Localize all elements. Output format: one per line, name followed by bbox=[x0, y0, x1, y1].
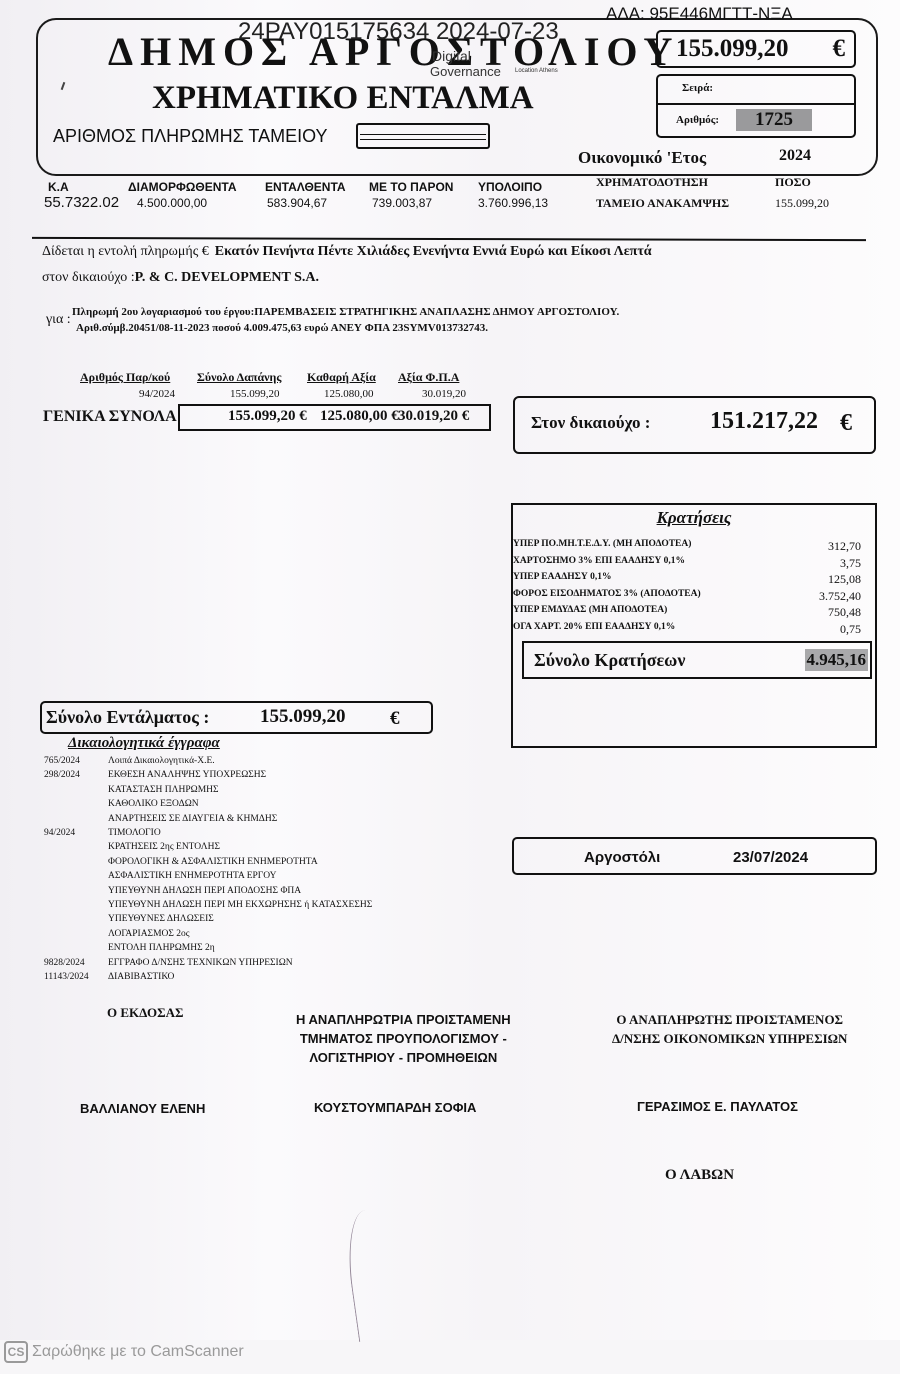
digital-signature-stamp-org: Governance bbox=[430, 64, 501, 79]
amount-in-words: Εκατόν Πενήντα Πέντε Χιλιάδες Ενενήντα Ε… bbox=[215, 244, 652, 259]
treasury-payment-no-field bbox=[356, 123, 490, 149]
budget-value-ordered: 583.904,67 bbox=[267, 196, 327, 210]
warrant-total-box: Σύνολο Εντάλματος : 155.099,20 € bbox=[40, 701, 433, 734]
supporting-docs-title: Δικαιολογητικά έγγραφα bbox=[68, 735, 220, 752]
warrant-total-label: Σύνολο Εντάλματος : bbox=[46, 707, 209, 728]
receiver-label: Ο ΛΑΒΩΝ bbox=[665, 1167, 734, 1184]
budget-value-ka: 55.7322.02 bbox=[44, 194, 119, 211]
grand-total-net: 125.080,00 € bbox=[320, 408, 399, 425]
invoice-row-vat: 30.019,20 bbox=[422, 388, 466, 400]
payment-order-line: Δίδεται η εντολή πληρωμής €Εκατόν Πενήντ… bbox=[42, 244, 652, 260]
grand-total-vat: 30.019,20 € bbox=[398, 408, 469, 425]
digital-signature-stamp-location: Location Athens bbox=[515, 68, 558, 74]
budget-value-current: 739.003,87 bbox=[372, 196, 432, 210]
invoice-header-number: Αριθμός Παρ/κού bbox=[80, 370, 170, 385]
grand-total-amount: 155.099,20 € bbox=[228, 408, 307, 425]
deductions-box: Κρατήσεις ΥΠΕΡ ΠΟ.ΜΗ.Τ.Ε.Δ.Υ. (ΜΗ ΑΠΟΔΟΤ… bbox=[511, 503, 877, 748]
document-title: ΧΡΗΜΑΤΙΚΟ ΕΝΤΑΛΜΑ bbox=[152, 80, 534, 117]
deduction-row: ΥΠΕΡ ΕΜΔΥΔΑΣ (ΜΗ ΑΠΟΔΟΤΕΑ)750,48 bbox=[513, 605, 875, 622]
place: Αργοστόλι bbox=[584, 849, 660, 866]
pen-stroke bbox=[341, 1208, 399, 1342]
ada-code: ΑΔΑ: 95Ε446ΜΓΤΤ-ΝΞΑ bbox=[606, 4, 793, 24]
deductions-total-box: Σύνολο Κρατήσεων 4.945,16 bbox=[522, 641, 872, 679]
euro-icon: € bbox=[833, 35, 846, 63]
deduction-row: ΧΑΡΤΟΣΗΜΟ 3% ΕΠΙ ΕΑΑΔΗΣΥ 0,1%3,75 bbox=[513, 556, 875, 573]
grand-totals-box: 155.099,20 € 125.080,00 € 30.019,20 € bbox=[178, 404, 491, 431]
budget-header-amount: ΠΟΣΟ bbox=[775, 175, 811, 190]
protocol-stamp: 24PAY015175634 2024-07-23 bbox=[238, 18, 559, 46]
place-date-box: Αργοστόλι 23/07/2024 bbox=[512, 837, 877, 875]
euro-icon: € bbox=[840, 410, 852, 437]
header-amount-box: 155.099,20 € bbox=[656, 30, 856, 68]
payment-warrant-document: ΑΔΑ: 95Ε446ΜΓΤΤ-ΝΞΑ ΔΗΜΟΣ ΑΡΓΟΣΤΟΛΙΟΥ 24… bbox=[0, 0, 900, 1340]
deductions-total-label: Σύνολο Κρατήσεων bbox=[534, 650, 685, 671]
deduction-row: ΥΠΕΡ ΕΑΑΔΗΣΥ 0,1%125,08 bbox=[513, 572, 875, 589]
deduction-row: ΥΠΕΡ ΠΟ.ΜΗ.Τ.Ε.Δ.Υ. (ΜΗ ΑΠΟΔΟΤΕΑ)312,70 bbox=[513, 539, 875, 556]
digital-signature-stamp: Digital bbox=[432, 48, 471, 64]
budget-header-formed: ΔΙΑΜΟΡΦΩΘΕΝΤΑ bbox=[128, 180, 237, 194]
budget-value-formed: 4.500.000,00 bbox=[137, 196, 207, 210]
invoice-header-net: Καθαρή Αξία bbox=[307, 370, 376, 385]
deductions-total-value: 4.945,16 bbox=[805, 649, 869, 671]
fiscal-year-label: Οικονομικό 'Ετος bbox=[578, 148, 706, 168]
section-divider bbox=[32, 237, 866, 241]
budget-header-balance: ΥΠΟΛΟΙΠΟ bbox=[478, 180, 542, 194]
header-amount: 155.099,20 bbox=[676, 35, 789, 63]
deduction-row: ΟΓΑ ΧΑΡΤ. 20% ΕΠΙ ΕΑΑΔΗΣΥ 0,1%0,75 bbox=[513, 622, 875, 639]
budget-header-current: ΜΕ ΤΟ ΠΑΡΟΝ bbox=[369, 180, 453, 194]
invoice-header-total: Σύνολο Δαπάνης bbox=[197, 370, 281, 385]
number-label: Αριθμός: bbox=[676, 114, 719, 126]
payee-amount-label: Στον δικαιούχο : bbox=[531, 413, 650, 433]
camscanner-text: Σαρώθηκε με το CamScanner bbox=[32, 1343, 244, 1361]
budget-value-balance: 3.760.996,13 bbox=[478, 196, 548, 210]
euro-icon: € bbox=[390, 708, 400, 730]
budget-header-ordered: ΕΝΤΑΛΘΕΝΤΑ bbox=[265, 180, 346, 194]
grand-totals-label: ΓΕΝΙΚΑ ΣΥΝΟΛΑ bbox=[43, 408, 177, 426]
invoice-row-number: 94/2024 bbox=[139, 388, 175, 400]
payee-line: στον δικαιούχο :P. & C. DEVELOPMENT S.A. bbox=[42, 270, 319, 286]
budget-value-funding: ΤΑΜΕΙΟ ΑΝΑΚΑΜΨΗΣ bbox=[596, 196, 729, 211]
divider bbox=[658, 103, 854, 105]
payee-amount: 151.217,22 bbox=[710, 408, 818, 435]
invoice-row-net: 125.080,00 bbox=[324, 388, 374, 400]
budget-value-amount: 155.099,20 bbox=[775, 196, 829, 211]
treasury-payment-no-label: ΑΡΙΘΜΟΣ ΠΛΗΡΩΜΗΣ ΤΑΜΕΙΟΥ bbox=[53, 126, 328, 147]
signatory-2-name: ΚΟΥΣΤΟΥΜΠΑΡΔΗ ΣΟΦΙΑ bbox=[314, 1100, 476, 1115]
payee-name: P. & C. DEVELOPMENT S.A. bbox=[135, 270, 319, 285]
warrant-number: 1725 bbox=[736, 109, 812, 131]
invoice-row-total: 155.099,20 bbox=[230, 388, 280, 400]
payee-amount-box: Στον δικαιούχο : 151.217,22 € bbox=[513, 396, 876, 454]
signatory-1-name: ΒΑΛΛΙΑΝΟΥ ΕΛΕΝΗ bbox=[80, 1101, 205, 1116]
deduction-row: ΦΟΡΟΣ ΕΙΣΟΔΗΜΑΤΟΣ 3% (ΑΠΟΔΟΤΕΑ)3.752,40 bbox=[513, 589, 875, 606]
budget-header-ka: Κ.Α bbox=[48, 180, 69, 194]
series-number-box: Σειρά: Αριθμός: 1725 bbox=[656, 74, 856, 138]
signatory-1-title: Ο ΕΚΔΟΣΑΣ bbox=[107, 1003, 183, 1022]
deductions-title: Κρατήσεις bbox=[513, 508, 875, 528]
signatory-3-title: Ο ΑΝΑΠΛΗΡΩΤΗΣ ΠΡΟΙΣΤΑΜΕΝΟΣ Δ/ΝΣΗΣ ΟΙΚΟΝΟ… bbox=[612, 1010, 847, 1048]
camscanner-watermark: CS Σαρώθηκε με το CamScanner bbox=[4, 1341, 244, 1363]
camscanner-icon: CS bbox=[4, 1341, 28, 1363]
fiscal-year: 2024 bbox=[779, 147, 811, 165]
signatory-3-name: ΓΕΡΑΣΙΜΟΣ Ε. ΠΑΥΛΑΤΟΣ bbox=[637, 1099, 798, 1114]
date: 23/07/2024 bbox=[733, 849, 808, 866]
budget-header-funding: ΧΡΗΜΑΤΟΔΟΤΗΣΗ bbox=[596, 175, 708, 190]
invoice-header-vat: Αξία Φ.Π.Α bbox=[398, 370, 459, 385]
signatory-2-title: Η ΑΝΑΠΛΗΡΩΤΡΙΑ ΠΡΟΙΣΤΑΜΕΝΗ ΤΜΗΜΑΤΟΣ ΠΡΟΥ… bbox=[296, 1010, 511, 1067]
purpose-line-1: Πληρωμή 2ου λογαριασμού του έργου:ΠΑΡΕΜΒ… bbox=[72, 306, 619, 318]
purpose-label: για : bbox=[46, 312, 71, 328]
purpose-line-2: Αριθ.σύμβ.20451/08-11-2023 ποσού 4.009.4… bbox=[76, 322, 488, 334]
series-label: Σειρά: bbox=[682, 82, 713, 94]
warrant-total-value: 155.099,20 bbox=[260, 706, 346, 728]
